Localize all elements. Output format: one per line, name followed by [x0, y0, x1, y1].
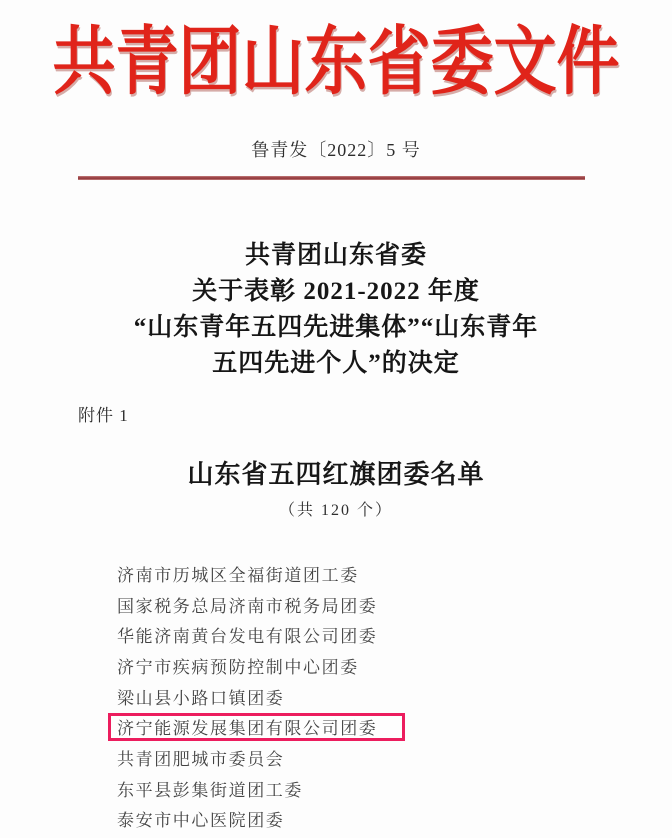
red-divider-line: [78, 176, 585, 180]
list-item: 济宁市疾病预防控制中心团委: [117, 650, 672, 681]
decision-title-line-2: 关于表彰 2021-2022 年度: [0, 274, 672, 310]
list-item-text: 东平县彭集街道团工委: [117, 776, 303, 801]
list-item: 国家税务总局济南市税务局团委: [117, 589, 672, 620]
letterhead-title: 共青团山东省委文件: [0, 2, 672, 109]
list-item: 泰安市中心医院团委: [117, 804, 672, 835]
list-item-text: 泰安市中心医院团委: [117, 806, 284, 831]
award-list: 济南市历城区全福街道团工委 国家税务总局济南市税务局团委 华能济南黄台发电有限公…: [117, 558, 672, 834]
list-item-text: 华能济南黄台发电有限公司团委: [117, 622, 377, 647]
list-item-text: 济南市历城区全福街道团工委: [117, 561, 359, 586]
list-item-text: 济宁能源发展集团有限公司团委: [117, 714, 377, 739]
document-number: 鲁青发〔2022〕5 号: [0, 136, 672, 162]
decision-title-line-3: “山东青年五四先进集体”“山东青年: [0, 310, 672, 346]
list-item: 共青团肥城市委员会: [117, 742, 672, 773]
list-count: （共 120 个）: [0, 497, 672, 520]
list-item: 济南市历城区全福街道团工委: [117, 558, 672, 589]
list-item-highlighted: 济宁能源发展集团有限公司团委: [117, 711, 672, 742]
decision-title-line-4: 五四先进个人”的决定: [0, 346, 672, 382]
attachment-label: 附件 1: [78, 401, 129, 426]
list-item-text: 共青团肥城市委员会: [117, 745, 284, 770]
official-document-page: 共青团山东省委文件 鲁青发〔2022〕5 号 共青团山东省委 关于表彰 2021…: [0, 0, 672, 838]
list-item-text: 国家税务总局济南市税务局团委: [117, 592, 377, 617]
list-item-text: 济宁市疾病预防控制中心团委: [117, 653, 359, 678]
list-item: 华能济南黄台发电有限公司团委: [117, 619, 672, 650]
highlight-box: 济宁能源发展集团有限公司团委: [108, 713, 405, 741]
list-item-text: 梁山县小路口镇团委: [117, 684, 284, 709]
list-item: 东平县彭集街道团工委: [117, 773, 672, 804]
decision-title: 共青团山东省委 关于表彰 2021-2022 年度 “山东青年五四先进集体”“山…: [0, 238, 672, 382]
list-title: 山东省五四红旗团委名单: [0, 454, 672, 491]
list-item: 梁山县小路口镇团委: [117, 681, 672, 712]
decision-title-line-1: 共青团山东省委: [0, 238, 672, 274]
